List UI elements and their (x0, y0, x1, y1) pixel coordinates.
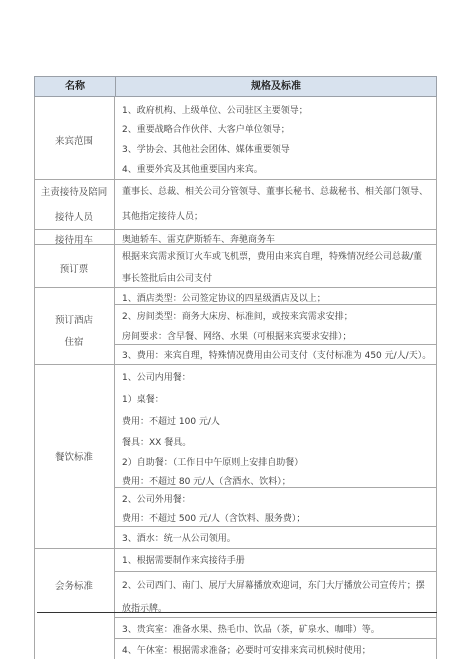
row-name: 预订酒店 (34, 312, 114, 326)
border-mid (114, 97, 115, 659)
row-line: 1、酒店类型：公司签定协议的四星级酒店及以上； (122, 291, 326, 304)
sub-sep (114, 526, 437, 527)
row-line: 房间要求：含早餐、网络、水果（可根据来宾要求安排）； (122, 329, 352, 342)
row-line: 4、午休室：根据需求准备；必要时可安排来宾司机候时使用； (122, 643, 371, 656)
row-line: 2）自助餐：（工作日中午原则上安排自助餐） (122, 455, 303, 468)
sub-sep (114, 304, 437, 305)
sub-sep (114, 571, 437, 572)
row-name: 住宿 (34, 334, 114, 348)
row-sep (34, 229, 437, 230)
row-line: 3、学协会、其他社会团体、媒体重要领导 (122, 142, 290, 155)
border-right (436, 97, 437, 659)
row-line: 餐具：XX 餐具。 (122, 435, 191, 448)
row-line: 放指示牌。 (122, 601, 167, 614)
row-line: 2、重要战略合作伙伴、大客户单位领导； (122, 122, 290, 135)
table-header: 名称 规格及标准 (34, 76, 437, 97)
row-sep (34, 179, 437, 180)
row-name: 主责接待及陪同 (34, 184, 114, 198)
row-line: 根据来宾需求预订火车或飞机票，费用由来宾自理，特殊情况经公司总裁/董 (122, 249, 422, 262)
sub-sep (114, 344, 437, 345)
row-line: 4、重要外宾及其他重要国内来宾。 (122, 162, 263, 175)
row-line: 1、公司内用餐： (122, 370, 191, 383)
row-line: 费用：不超过 100 元/人 (122, 414, 220, 427)
row-line: 3、贵宾室：准备水果、热毛巾、饮品（茶，矿泉水、咖啡）等。 (122, 622, 380, 635)
row-line: 费用：不超过 500 元/人（含饮料、服务费）； (122, 511, 305, 524)
header-spec: 规格及标准 (116, 77, 436, 96)
row-sep (34, 364, 437, 365)
row-line: 奥迪轿车、雷克萨斯轿车、奔驰商务车 (122, 232, 275, 245)
row-line: 1、根据需要制作来宾接待手册 (122, 553, 245, 566)
row-name: 接待人员 (34, 209, 114, 223)
border-left (34, 97, 35, 659)
row-line: 2、房间类型：商务大床房、标准间，或按来宾需求安排； (122, 309, 353, 322)
row-name: 餐饮标准 (34, 449, 114, 463)
row-line: 其他指定接待人员； (122, 209, 203, 222)
row-name: 会务标准 (34, 578, 114, 592)
row-line: 3、酒水：统一从公司领用。 (122, 531, 236, 544)
row-line: 2、公司西门、南门、展厅大屏幕播放欢迎词，东门大厅播放公司宣传片；摆 (122, 578, 425, 591)
row-line: 董事长、总裁、相关公司分管领导、董事长秘书、总裁秘书、相关部门领导、 (122, 184, 428, 197)
sub-sep (114, 617, 437, 618)
row-line: 3、费用：来宾自理，特殊情况费用由公司支付（支付标准为 450 元/人/天）。 (122, 348, 431, 361)
row-line: 事长签批后由公司支付 (122, 271, 212, 284)
row-line: 费用：不超过 80 元/人（含酒水、饮料）； (122, 474, 291, 487)
row-sep (34, 287, 437, 288)
sub-sep (114, 487, 437, 488)
row-name: 来宾范围 (34, 133, 114, 147)
row-name: 预订票 (34, 261, 114, 275)
header-name: 名称 (35, 77, 116, 96)
sub-sep (114, 638, 437, 639)
row-sep (34, 548, 437, 549)
row-line: 2、公司外用餐： (122, 492, 191, 505)
row-line: 1、政府机构、上级单位、公司驻区主要领导； (122, 103, 308, 116)
row-line: 1）桌餐： (122, 392, 164, 405)
page-break-line (37, 612, 437, 613)
row-name: 接待用车 (34, 232, 114, 246)
